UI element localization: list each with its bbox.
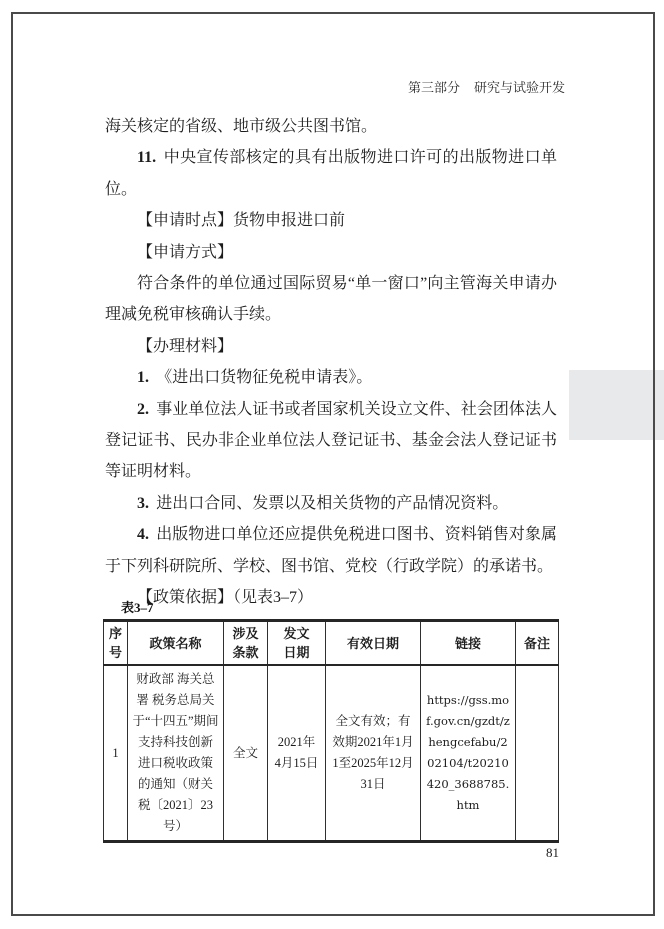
paragraph: 11.中央宣传部核定的具有出版物进口许可的出版物进口单位。 xyxy=(105,142,557,205)
paragraph: 符合条件的单位通过国际贸易“单一窗口”向主管海关申请办理减免税审核确认手续。 xyxy=(105,268,557,331)
header-chapter-title: 研究与试验开发 xyxy=(474,80,565,95)
col-header-clauses: 涉及 条款 xyxy=(224,621,268,666)
paragraph-text: 【申请时点】货物申报进口前 xyxy=(137,212,345,229)
paragraph: 2.事业单位法人证书或者国家机关设立文件、社会团体法人登记证书、民办非企业单位法… xyxy=(105,394,557,488)
table-caption: 表3–7 xyxy=(121,597,154,616)
page-edge-tab xyxy=(569,370,664,440)
paragraph-text: 海关核定的省级、地市级公共图书馆。 xyxy=(105,118,377,135)
cell-no: 1 xyxy=(104,665,128,842)
policy-table: 序 号 政策名称 涉及 条款 发文 日期 有效日期 链接 备注 1 财政部 海关… xyxy=(103,619,559,843)
running-header: 第三部分研究与试验开发 xyxy=(408,77,565,96)
paragraph: 【申请方式】 xyxy=(105,237,557,268)
item-number: 1. xyxy=(137,369,149,386)
cell-policy-name: 财政部 海关总署 税务总局关于“十四五”期间支持科技创新进口税收政策的通知（财关… xyxy=(128,665,224,842)
paragraph-text: 【办理材料】 xyxy=(137,338,233,355)
col-header-valid-date: 有效日期 xyxy=(326,621,421,666)
paragraph-text: 中央宣传部核定的具有出版物进口许可的出版物进口单位。 xyxy=(105,149,557,197)
item-number: 11. xyxy=(137,149,156,166)
table-row: 1 财政部 海关总署 税务总局关于“十四五”期间支持科技创新进口税收政策的通知（… xyxy=(104,665,559,842)
paragraph: 4.出版物进口单位还应提供免税进口图书、资料销售对象属于下列科研院所、学校、图书… xyxy=(105,519,557,582)
table-header-row: 序 号 政策名称 涉及 条款 发文 日期 有效日期 链接 备注 xyxy=(104,621,559,666)
paragraph-text: 进出口合同、发票以及相关货物的产品情况资料。 xyxy=(156,495,508,512)
col-header-no: 序 号 xyxy=(104,621,128,666)
paragraph-text: 事业单位法人证书或者国家机关设立文件、社会团体法人登记证书、民办非企业单位法人登… xyxy=(105,401,557,481)
page-number: 81 xyxy=(546,845,559,861)
col-header-link: 链接 xyxy=(421,621,516,666)
paragraph: 3.进出口合同、发票以及相关货物的产品情况资料。 xyxy=(105,488,557,519)
item-number: 2. xyxy=(137,401,149,418)
paragraph: 海关核定的省级、地市级公共图书馆。 xyxy=(105,111,557,142)
paragraph-text: 出版物进口单位还应提供免税进口图书、资料销售对象属于下列科研院所、学校、图书馆、… xyxy=(105,526,557,574)
cell-issue-date: 2021年 4月15日 xyxy=(268,665,326,842)
paragraph: 【办理材料】 xyxy=(105,331,557,362)
paragraph: 1.《进出口货物征免税申请表》。 xyxy=(105,362,557,393)
paragraph: 【政策依据】（见表3–7） xyxy=(105,582,557,613)
header-section-label: 第三部分 xyxy=(408,80,460,95)
cell-note xyxy=(516,665,559,842)
paragraph: 【申请时点】货物申报进口前 xyxy=(105,205,557,236)
paragraph-text: 【申请方式】 xyxy=(137,244,233,261)
cell-link-url: https://gss.mof.gov.cn/gzdt/zhengcefabu/… xyxy=(421,665,516,842)
document-page: 第三部分研究与试验开发 海关核定的省级、地市级公共图书馆。 11.中央宣传部核定… xyxy=(0,0,664,929)
col-header-issue-date: 发文 日期 xyxy=(268,621,326,666)
col-header-note: 备注 xyxy=(516,621,559,666)
paragraph-text: 《进出口货物征免税申请表》。 xyxy=(156,369,372,386)
cell-valid-date: 全文有效；有效期2021年1月1至2025年12月31日 xyxy=(326,665,421,842)
body-text: 海关核定的省级、地市级公共图书馆。 11.中央宣传部核定的具有出版物进口许可的出… xyxy=(105,111,557,614)
cell-clauses: 全文 xyxy=(224,665,268,842)
item-number: 3. xyxy=(137,495,149,512)
policy-table-wrap: 序 号 政策名称 涉及 条款 发文 日期 有效日期 链接 备注 1 财政部 海关… xyxy=(103,619,559,843)
paragraph-text: 【政策依据】（见表3–7） xyxy=(137,589,313,606)
paragraph-text: 符合条件的单位通过国际贸易“单一窗口”向主管海关申请办理减免税审核确认手续。 xyxy=(105,275,557,323)
item-number: 4. xyxy=(137,526,149,543)
col-header-policy-name: 政策名称 xyxy=(128,621,224,666)
